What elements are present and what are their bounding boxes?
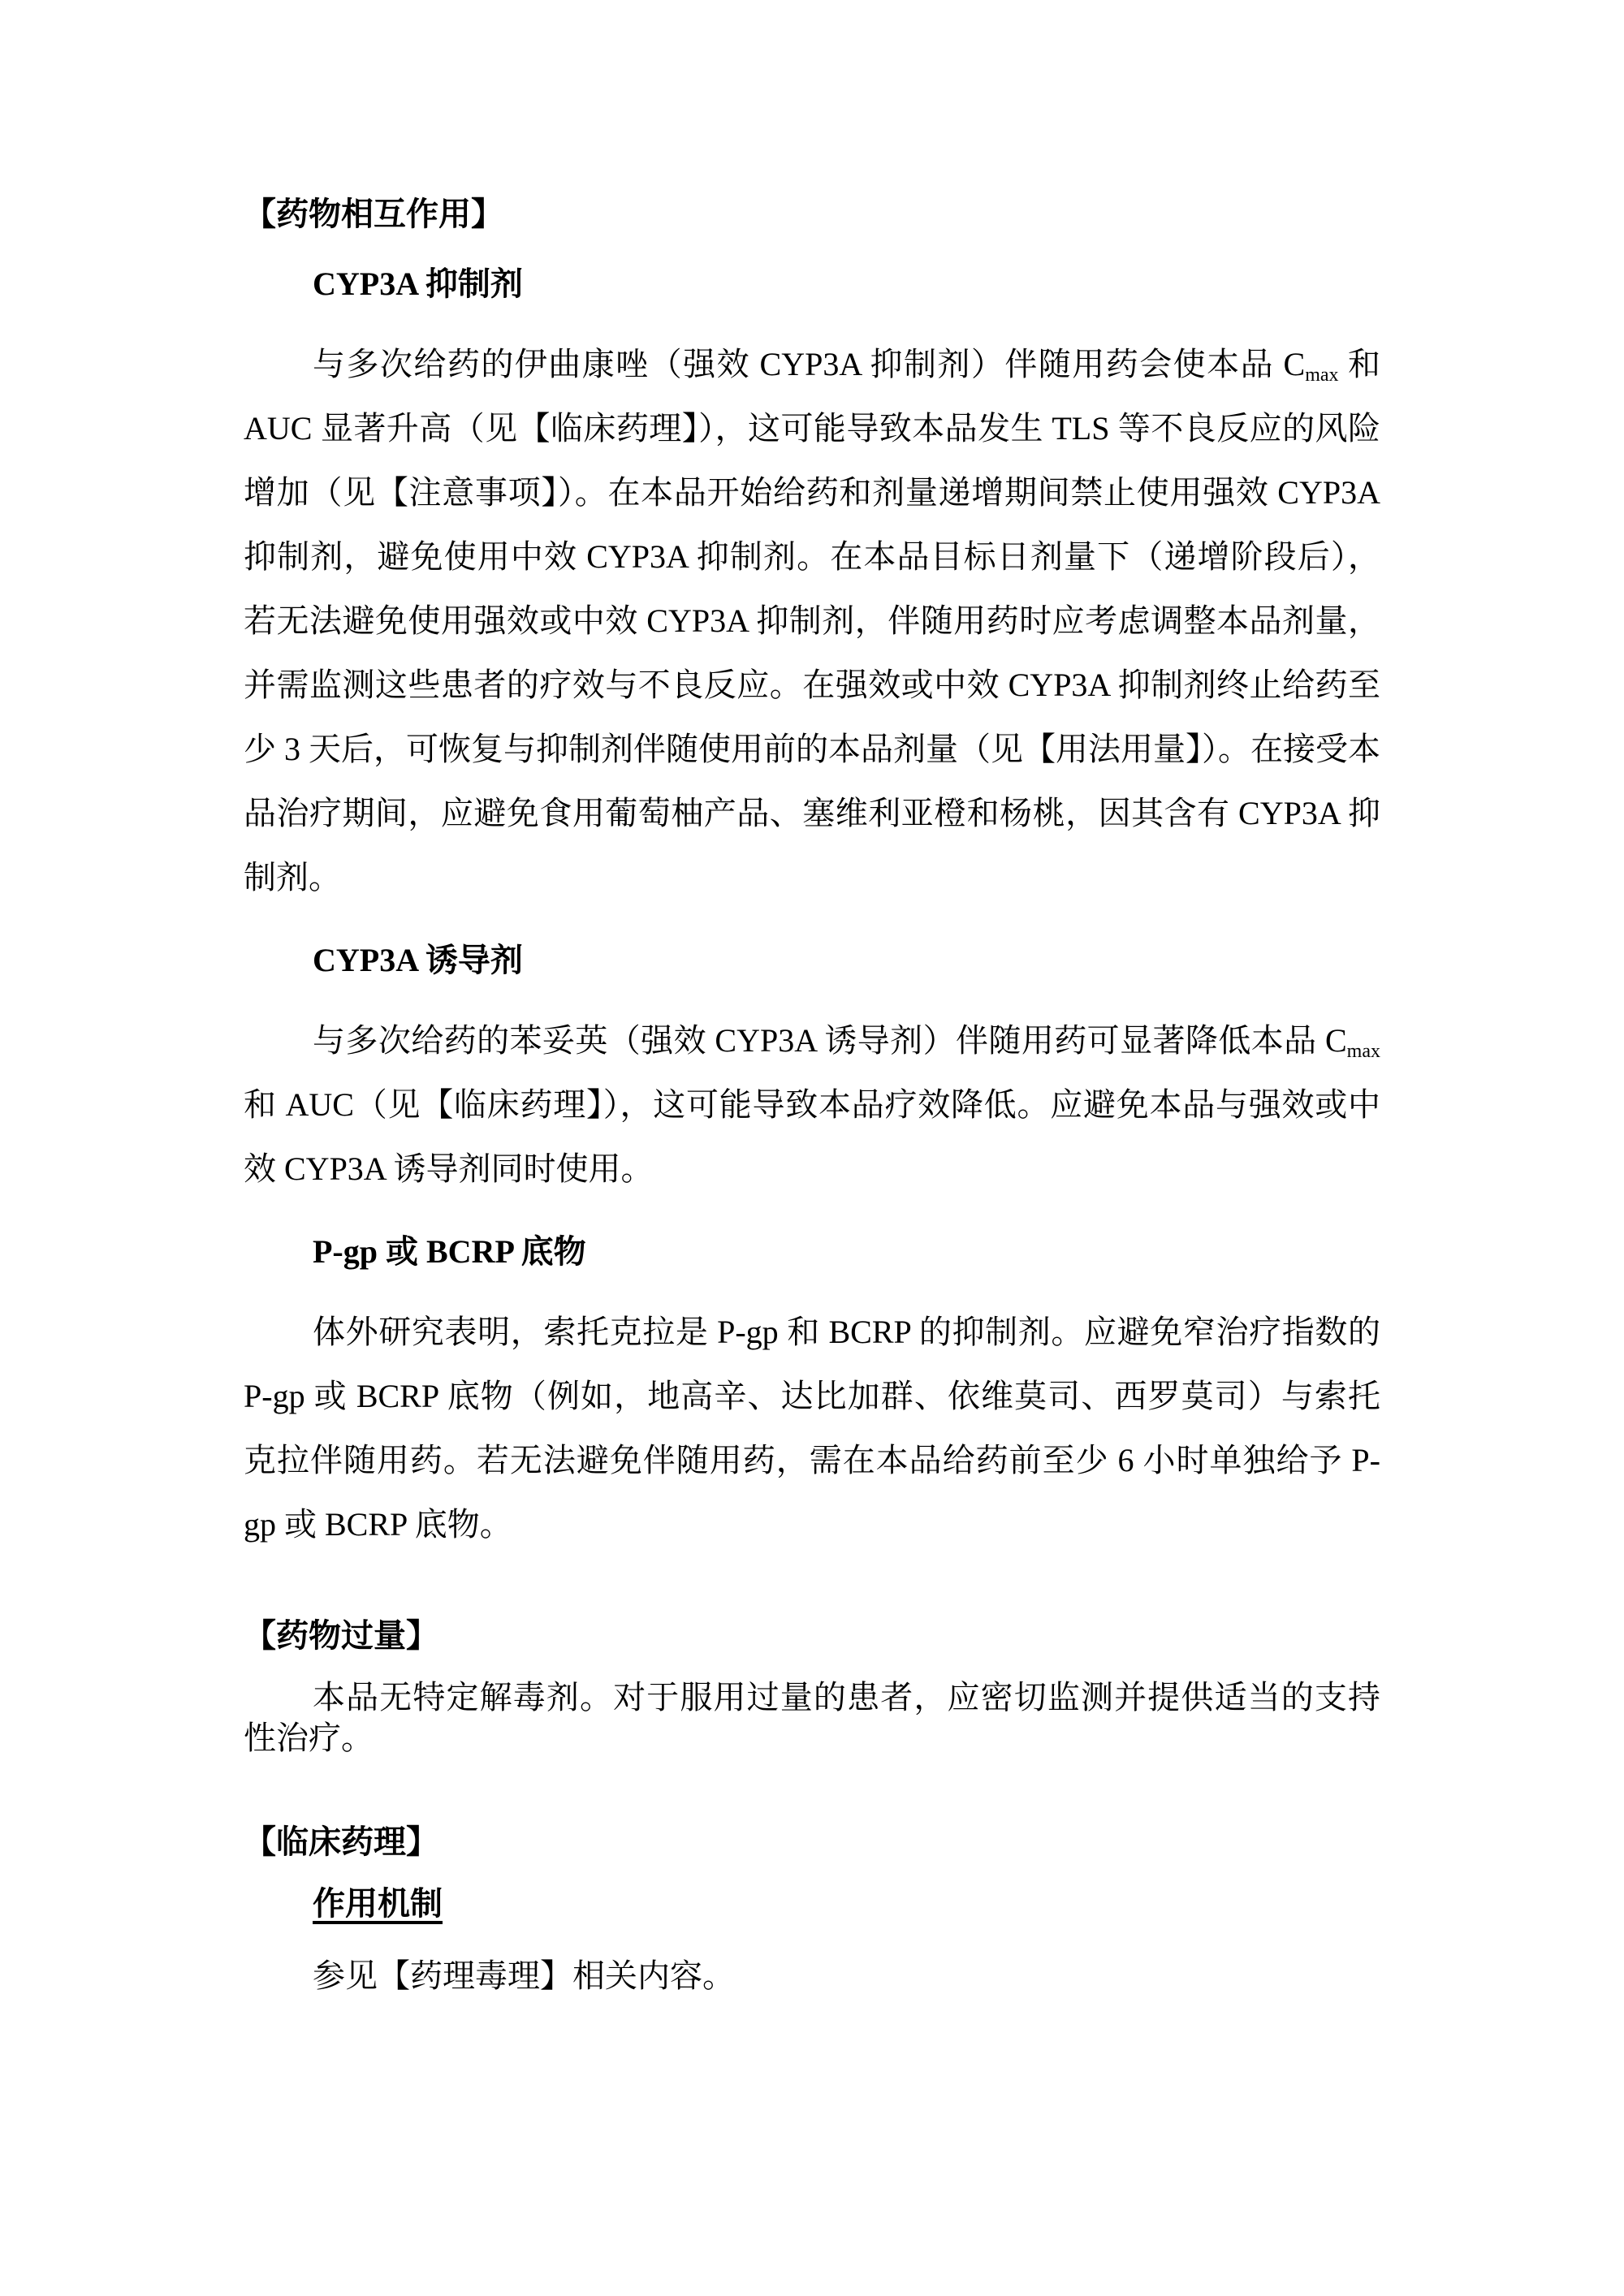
text-run: 与多次给药的伊曲康唑（强效 CYP3A 抑制剂）伴随用药会使本品 C [313, 346, 1305, 382]
document-page: 【药物相互作用】CYP3A 抑制剂与多次给药的伊曲康唑（强效 CYP3A 抑制剂… [0, 0, 1624, 2296]
text-run: 【药物过量】 [244, 1617, 438, 1654]
body-paragraph: 参见【药理毒理】相关内容。 [244, 1944, 1380, 2008]
text-run: CYP3A 诱导剂 [313, 942, 523, 978]
text-run: 和 AUC 显著升高（见【临床药理】），这可能导致本品发生 TLS 等不良反应的… [244, 346, 1380, 896]
section-heading-overdose: 【药物过量】 [244, 1617, 1380, 1655]
body-paragraph: 本品无特定解毒剂。对于服用过量的患者，应密切监测并提供适当的支持性治疗。 [244, 1677, 1380, 1759]
sub-heading-cyp3a-inhibitors: CYP3A 抑制剂 [313, 265, 1380, 303]
sub-heading-cyp3a-inducers: CYP3A 诱导剂 [313, 942, 1380, 979]
text-run: 【药物相互作用】 [244, 196, 503, 232]
text-run: 本品无特定解毒剂。对于服用过量的患者，应密切监测并提供适当的支持性治疗。 [244, 1679, 1380, 1756]
text-run: 作用机制 [313, 1885, 443, 1922]
text-run: 【临床药理】 [244, 1823, 438, 1860]
text-run: CYP3A 抑制剂 [313, 265, 523, 302]
body-paragraph: 与多次给药的苯妥英（强效 CYP3A 诱导剂）伴随用药可显著降低本品 Cmax … [244, 1008, 1380, 1201]
text-run: 与多次给药的苯妥英（强效 CYP3A 诱导剂）伴随用药可显著降低本品 C [313, 1022, 1347, 1059]
text-run: 和 AUC（见【临床药理】），这可能导致本品疗效降低。应避免本品与强效或中效 C… [244, 1086, 1380, 1187]
sub-heading-pgp-bcrp-substrates: P-gp 或 BCRP 底物 [313, 1233, 1380, 1271]
body-paragraph: 体外研究表明，索托克拉是 P-gp 和 BCRP 的抑制剂。应避免窄治疗指数的 … [244, 1300, 1380, 1556]
section-heading-clinical-pharmacology: 【临床药理】 [244, 1823, 1380, 1861]
text-run: 参见【药理毒理】相关内容。 [313, 1957, 735, 1994]
body-paragraph: 与多次给药的伊曲康唑（强效 CYP3A 抑制剂）伴随用药会使本品 Cmax 和 … [244, 332, 1380, 909]
text-run: P-gp 或 BCRP 底物 [313, 1233, 586, 1270]
section-heading-drug-interactions: 【药物相互作用】 [244, 196, 1380, 233]
subscript-text: max [1305, 365, 1338, 386]
sub-heading-mechanism-of-action: 作用机制 [313, 1885, 1380, 1923]
subscript-text: max [1347, 1041, 1380, 1062]
text-run: 体外研究表明，索托克拉是 P-gp 和 BCRP 的抑制剂。应避免窄治疗指数的 … [244, 1314, 1380, 1543]
